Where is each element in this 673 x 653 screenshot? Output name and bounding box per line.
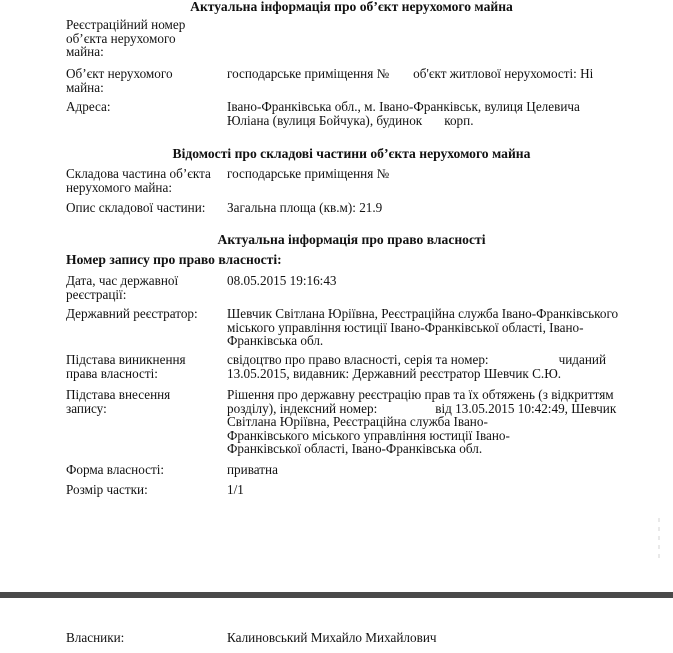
section-title-parts: Відомості про складові частини об’єкта н… xyxy=(0,147,673,161)
address-building: Юліана (вулиця Бойчука), будинок xyxy=(227,113,422,128)
label-ownership-form: Форма власності: xyxy=(66,463,222,477)
value-ownership-form: приватна xyxy=(227,463,647,477)
certificate-issued: чиданий xyxy=(559,352,606,367)
label-share-size: Розмір частки: xyxy=(66,483,222,497)
page-separator xyxy=(0,592,673,598)
entry-basis-rest: Світлана Юріївна, Реєстраційна служба Ів… xyxy=(227,415,567,456)
entry-basis-line-2: розділу), індексний номер:від 13.05.2015… xyxy=(227,402,647,416)
value-residential-flag: об'єкт житлової нерухомості: Ні xyxy=(413,66,593,81)
value-owners: Калиновський Михайло Михайлович xyxy=(227,631,647,645)
label-ownership-basis: Підстава виникнення права власності: xyxy=(66,353,196,380)
value-component-description: Загальна площа (кв.м): 21.9 xyxy=(227,201,647,215)
address-line-1: Івано-Франківська обл., м. Івано-Франків… xyxy=(227,100,647,114)
scan-artifact xyxy=(658,518,660,558)
label-object-type: Об’єкт нерухомого майна: xyxy=(66,67,186,94)
address-corpus: корп. xyxy=(444,113,473,128)
certificate-series: свідоцтво про право власності, серія та … xyxy=(227,352,489,367)
ownership-record-number-heading: Номер запису про право власності: xyxy=(66,253,282,267)
label-registrar: Державний реєстратор: xyxy=(66,307,222,321)
label-registration-number: Реєстраційний номер об’єкта нерухомого м… xyxy=(66,18,196,59)
label-entry-basis: Підстава внесення запису: xyxy=(66,388,186,415)
value-share-size: 1/1 xyxy=(227,483,647,497)
section-title-ownership: Актуальна інформація про право власності xyxy=(0,233,673,247)
value-registrar: Шевчик Світлана Юріївна, Реєстраційна сл… xyxy=(227,307,637,348)
value-registration-date: 08.05.2015 19:16:43 xyxy=(227,274,647,288)
label-address: Адреса: xyxy=(66,100,222,114)
label-component: Складова частина об’єкта нерухомого майн… xyxy=(66,167,226,194)
ownership-basis-line-2: 13.05.2015, видавник: Державний реєстрат… xyxy=(227,367,647,381)
value-object-type-name: господарське приміщення № xyxy=(227,66,389,81)
entry-basis-line-1: Рішення про державну реєстрацію прав та … xyxy=(227,388,647,402)
section-title-object: Актуальна інформація про об’єкт нерухомо… xyxy=(0,0,673,14)
label-registration-date: Дата, час державної реєстрації: xyxy=(66,274,196,301)
value-entry-basis: Рішення про державну реєстрацію прав та … xyxy=(227,388,647,456)
value-component: господарське приміщення № xyxy=(227,167,647,181)
address-line-2: Юліана (вулиця Бойчука), будиноккорп. xyxy=(227,114,647,128)
label-owners: Власники: xyxy=(66,631,222,645)
ownership-basis-line-1: свідоцтво про право власності, серія та … xyxy=(227,353,647,367)
value-object-type: господарське приміщення №об'єкт житлової… xyxy=(227,67,647,81)
label-component-description: Опис складової частини: xyxy=(66,201,222,215)
value-address: Івано-Франківська обл., м. Івано-Франків… xyxy=(227,100,647,127)
value-ownership-basis: свідоцтво про право власності, серія та … xyxy=(227,353,647,380)
